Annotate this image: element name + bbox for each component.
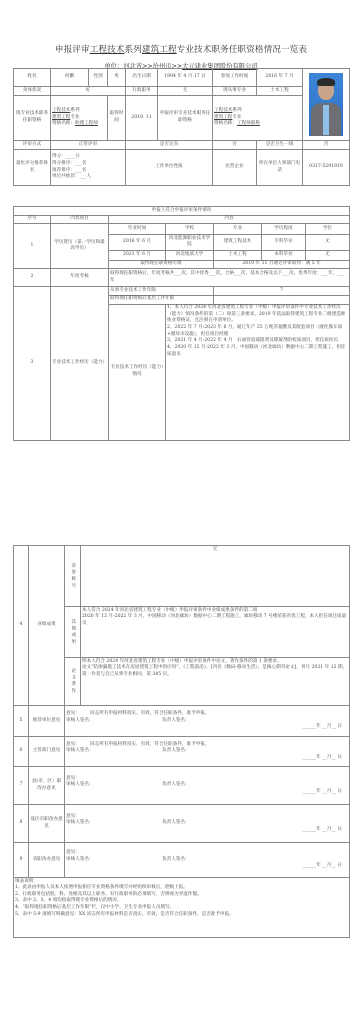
photo-cell: [303, 69, 350, 141]
col-no-header: 序号: [14, 215, 51, 224]
title-prefix: 申报评审: [55, 45, 90, 55]
achievements-table: 4 业绩成果 荣誉称号 无 其他成果 本人符合 2024 年河北省建筑工程专业（…: [13, 545, 350, 938]
other-value: 本人符合 2024 年河北省建筑工程专业（中级）申报评审条件中业绩成果条件的第二…: [81, 607, 350, 658]
edu-cell: 2021 年 6 月: [109, 250, 166, 260]
edu-cell: 无: [306, 235, 350, 250]
info-table: 姓名 何鹏 性别 男 出生日期 1994 年 4 月 17 日 参加工作时间 2…: [13, 68, 350, 186]
annual-no: 2: [14, 269, 51, 287]
obtain-time-value: 2019. 11: [126, 96, 158, 141]
opinion-no: 9: [14, 843, 29, 878]
opinion-content: 意见： 审核人签名：负责人签名： ______年 __月__ 日: [65, 843, 350, 878]
reviewer-signature[interactable]: 审核人签名：: [66, 857, 162, 864]
opinion-date[interactable]: ______年 __月__ 日: [66, 789, 348, 796]
frontline-value: 否: [303, 141, 350, 150]
grassroots-value: [214, 295, 350, 304]
paper-label-text: 论文著作: [69, 668, 76, 694]
unit-nature-label: 工作单位性质: [126, 150, 213, 186]
exp-years-label: 从事专业技术工作年限: [109, 287, 214, 296]
edu-header-gradtime: 毕业时间: [109, 224, 166, 235]
opinion-label: 意见：: [66, 814, 348, 821]
paper-line: 论文“防渗漏施工技术在房屋建筑工程中的应用”，《工程前沿》，[刊名《数码-移动生…: [82, 665, 348, 678]
honor-value: 无: [81, 546, 350, 607]
exp-item: 专业技术工作经历（能力）: [51, 287, 109, 440]
edu-cell: 土木工程: [214, 250, 262, 260]
exp-detail: 1、本人符合 2024 年河北省建筑工程专业（中级）申报评审条件中专业技术工作经…: [167, 305, 348, 325]
apply-qual-major: 建筑工程: [214, 115, 232, 120]
opinion-content: 意见： 同志所有申报材料真实、有效，符合任职条件，准予申报。 审核人签名：负责人…: [65, 737, 350, 767]
opinion-label: 意见：: [66, 711, 80, 716]
birth-label: 出生日期: [126, 69, 158, 87]
current-qual-value: 工程技术系列 建筑工程专业 资格名称：助理工程师: [51, 96, 108, 141]
apply-qual-name: 工程师职称: [237, 121, 260, 126]
title-series-suffix: 系列: [124, 45, 141, 55]
opinion-content: 意见： 审核人签名：负责人签名： ______年 __月__ 日: [65, 805, 350, 843]
health-label: 身体状况: [14, 87, 51, 96]
reviewer-signature[interactable]: 审核人签名：: [66, 820, 162, 827]
score-line: 得分：____分: [52, 154, 124, 161]
opinion-row: 7 县(市、区）职改办意见 意见： 审核人签名：负责人签名： ______年 _…: [14, 767, 350, 805]
current-qual-major: 建筑工程: [52, 115, 70, 120]
paper-value: 明本人符合 2024 年河北省建筑工程专业（中级）申报评审条件中论文、著作条件的…: [81, 658, 350, 706]
opinion-item: 主管部门意见: [29, 737, 65, 767]
frontline-label: 是否卫生一线: [257, 141, 303, 150]
edu-header-school: 学校: [166, 224, 214, 235]
opinion-content: 意见： 同志所有申报材料真实、有效，符合任职条件，准予申报。 审核人签名：负责人…: [65, 706, 350, 737]
review-mode-label: 评审方式: [14, 141, 51, 150]
apply-qual-name-label: 资格名称：: [214, 121, 237, 126]
leader-signature[interactable]: 负责人签名：: [162, 782, 190, 789]
gender-label: 性别: [89, 69, 108, 87]
score-lines: 得分：____分 得分排序：___名 推荐排序：___名 单位共推荐：___人: [51, 150, 126, 186]
edu-cell: 2016 年 6 月: [109, 235, 166, 250]
edu-header-major: 专业: [214, 224, 262, 235]
work-start-label: 参加工作时间: [213, 69, 257, 87]
admin-label: 行政职务: [126, 87, 158, 96]
current-qual-series-suffix: 系列: [70, 108, 79, 113]
opinion-row: 5 推荐单位意见 意见： 同志所有申报材料真实、有效，符合任职条件，准予申报。 …: [14, 706, 350, 737]
opinion-label: 意见：: [66, 850, 348, 857]
edu-item: 学历资历（第一学历和最高学历）: [51, 224, 109, 269]
exp-years-value: 7: [214, 287, 350, 296]
edu-years-label: 取得现任职资格年限: [109, 260, 214, 269]
note-item: 1、此表由申报人员本人按照申报相应专业资格条件填写并经组织审核后，逐级上报。: [15, 885, 348, 892]
apply-qual-major-suffix: 专业: [232, 115, 241, 120]
grassroots-label: 取得现任职资格后基层工作年限: [109, 295, 214, 304]
opinion-date[interactable]: ______年 __月__ 日: [66, 863, 348, 870]
admin-value: 无: [158, 87, 213, 96]
other-line: 2020 年 12 月-2022 年 3 月，中国移动（河北廊坊）数据中心二期工…: [82, 614, 348, 627]
col-content-header: 内容: [109, 215, 350, 224]
hr-phone-label: 所在单位人事部门电话: [257, 150, 303, 186]
name-label: 姓名: [14, 69, 51, 87]
title-series: 工程技术: [90, 45, 125, 55]
unit-nature-value: 民营企业: [213, 150, 257, 186]
edu-header-degree: 学位: [306, 224, 350, 235]
edu-header-level: 学历程度: [262, 224, 306, 235]
current-major-label: 现从事专业: [213, 87, 257, 96]
opinion-label: 意见：: [66, 742, 80, 747]
honor-label-text: 荣誉称号: [69, 563, 76, 589]
edu-years-value: 2019 年 11 月通过评审取得：满 5 年: [214, 260, 350, 269]
exp-detail: 4、2020 年 12 月-2022 年 3 月，中国移动（河北廊坊）数据中心二…: [167, 345, 348, 358]
leader-signature[interactable]: 负责人签名：: [162, 857, 190, 864]
opinion-no: 6: [14, 737, 29, 767]
apply-qual-label: 申报评审专业技术职务任职资格: [158, 96, 213, 141]
directed-label: 是否定向: [126, 141, 213, 150]
edu-cell: 专科毕业: [262, 235, 306, 250]
score-label: 量化评分推荐排名: [14, 150, 51, 186]
health-value: 好: [51, 87, 126, 96]
opinion-row: 9 省职改办意见 意见： 审核人签名：负责人签名： ______年 __月__ …: [14, 843, 350, 878]
other-label: 其他成果: [65, 607, 81, 658]
other-label-text: 其他成果: [69, 619, 76, 645]
opinion-content: 意见： 审核人签名：负责人签名： ______年 __月__ 日: [65, 767, 350, 805]
opinion-label: 意见：: [66, 776, 348, 783]
gender-value: 男: [108, 69, 126, 87]
exp-no: 3: [14, 287, 51, 440]
edu-cell: 河北地质大学: [166, 250, 214, 260]
opinion-no: 8: [14, 805, 29, 843]
reviewer-signature[interactable]: 审核人签名：: [66, 748, 162, 755]
annual-item: 年度考核: [51, 269, 109, 287]
current-qual-label: 现专业技术职务任职资格: [14, 96, 51, 141]
score-rank-line: 得分排序：___名: [52, 161, 124, 168]
title-specialty: 建筑工程: [142, 45, 177, 55]
opinion-row: 8 设区市职改办意见 意见： 审核人签名：负责人签名： ______年 __月_…: [14, 805, 350, 843]
current-major-value: 土木工程: [257, 87, 303, 96]
leader-signature[interactable]: 负责人签名：: [162, 718, 190, 725]
review-mode-value: 正常评审: [51, 141, 126, 150]
col-item-header: 内容项目: [51, 215, 109, 224]
paper-label: 论文著作: [65, 658, 81, 706]
opinion-item: 县(市、区）职改办意见: [29, 767, 65, 805]
exp-sub-item: 专业技术工作经历（能力）情况: [109, 304, 166, 440]
exp-details: 1、本人符合 2024 年河北省建筑工程专业（中级）申报评审条件中专业技术工作经…: [166, 304, 350, 440]
page-title: 申报评审工程技术系列建筑工程专业技术职务任职资格情况一览表: [0, 43, 362, 55]
reviewer-signature[interactable]: 审核人签名：: [66, 718, 162, 725]
opinion-date[interactable]: ______年 __月__ 日: [66, 755, 348, 762]
edu-cell: 无: [306, 250, 350, 260]
edu-no: 1: [14, 224, 51, 269]
note-item: 4、“取得现任职资格后基层工作年限”栏，仅中小学、卫生专业申报人员填写。: [15, 905, 348, 912]
apply-qual-series-suffix: 系列: [232, 108, 241, 113]
opinion-text: 同志所有申报材料真实、有效，符合任职条件，准予申报。: [90, 711, 209, 716]
hr-phone-value: 0317-5291819: [303, 150, 350, 186]
achievements-no: 4: [14, 546, 29, 706]
opinion-item: 省职改办意见: [29, 843, 65, 878]
current-qual-name-label: 资格名称：: [52, 121, 75, 126]
notes-section: 填表说明： 1、此表由申报人员本人按照申报相应专业资格条件填写并经组织审核后，逐…: [14, 878, 350, 938]
apply-qual-series: 工程技术: [214, 108, 232, 113]
exp-detail: 2、2022 年 7 月-2023 年 6 月，通辽年产 25 万吨苏氨酸及其配…: [167, 325, 348, 338]
opinion-date[interactable]: ______年 __月__ 日: [66, 827, 348, 834]
honor-label: 荣誉称号: [65, 546, 81, 607]
note-item: 5、表中 5-9 项填写明确意见：XX 同志所有申报材料是否真实、有效，是否符合…: [15, 912, 348, 919]
leader-signature[interactable]: 负责人签名：: [162, 820, 190, 827]
apply-qual-value: 工程技术系列 建筑工程专业 资格名称：工程师职称: [213, 96, 303, 141]
current-qual-name: 助理工程师: [75, 121, 98, 126]
birth-value: 1994 年 4 月 17 日: [158, 69, 213, 87]
title-suffix: 专业技术职务任职资格情况一览表: [177, 45, 307, 55]
applicant-photo: [309, 73, 343, 136]
opinion-row: 6 主管部门意见 意见： 同志所有申报材料真实、有效，符合任职条件，准予申报。 …: [14, 737, 350, 767]
unit-recommend-line: 单位共推荐：___人: [52, 174, 124, 181]
opinion-item: 设区市职改办意见: [29, 805, 65, 843]
opinion-no: 5: [14, 706, 29, 737]
conditions-table: 申报人符合申报评审条件情况 序号 内容项目 内容 1 学历资历（第一学历和最高学…: [13, 206, 350, 441]
annual-text: 取得现任职资格后，年度考核共___次，其中优秀___次，合格___次，基本合格及…: [109, 269, 350, 287]
opinion-no: 7: [14, 767, 29, 805]
reviewer-signature[interactable]: 审核人签名：: [66, 782, 162, 789]
edu-cell: 本科毕业: [262, 250, 306, 260]
edu-cell: 建筑工程技术: [214, 235, 262, 250]
conditions-title: 申报人符合申报评审条件情况: [14, 207, 350, 216]
leader-signature[interactable]: 负责人签名：: [162, 748, 190, 755]
opinion-text: 同志所有申报材料真实、有效，符合任职条件，准予申报。: [90, 742, 209, 747]
name-value: 何鹏: [51, 69, 89, 87]
edu-cell: 河北能源职业技术学院: [166, 235, 214, 250]
opinion-date[interactable]: ______年 __月__ 日: [66, 724, 348, 731]
achievements-item: 业绩成果: [29, 546, 65, 706]
current-qual-series: 工程技术: [52, 108, 70, 113]
current-qual-major-suffix: 专业: [70, 115, 79, 120]
obtain-time-label: 取得时间: [108, 96, 126, 141]
work-start-value: 2016 年 7 月: [257, 69, 303, 87]
directed-value: 否: [213, 141, 257, 150]
opinion-item: 推荐单位意见: [29, 706, 65, 737]
